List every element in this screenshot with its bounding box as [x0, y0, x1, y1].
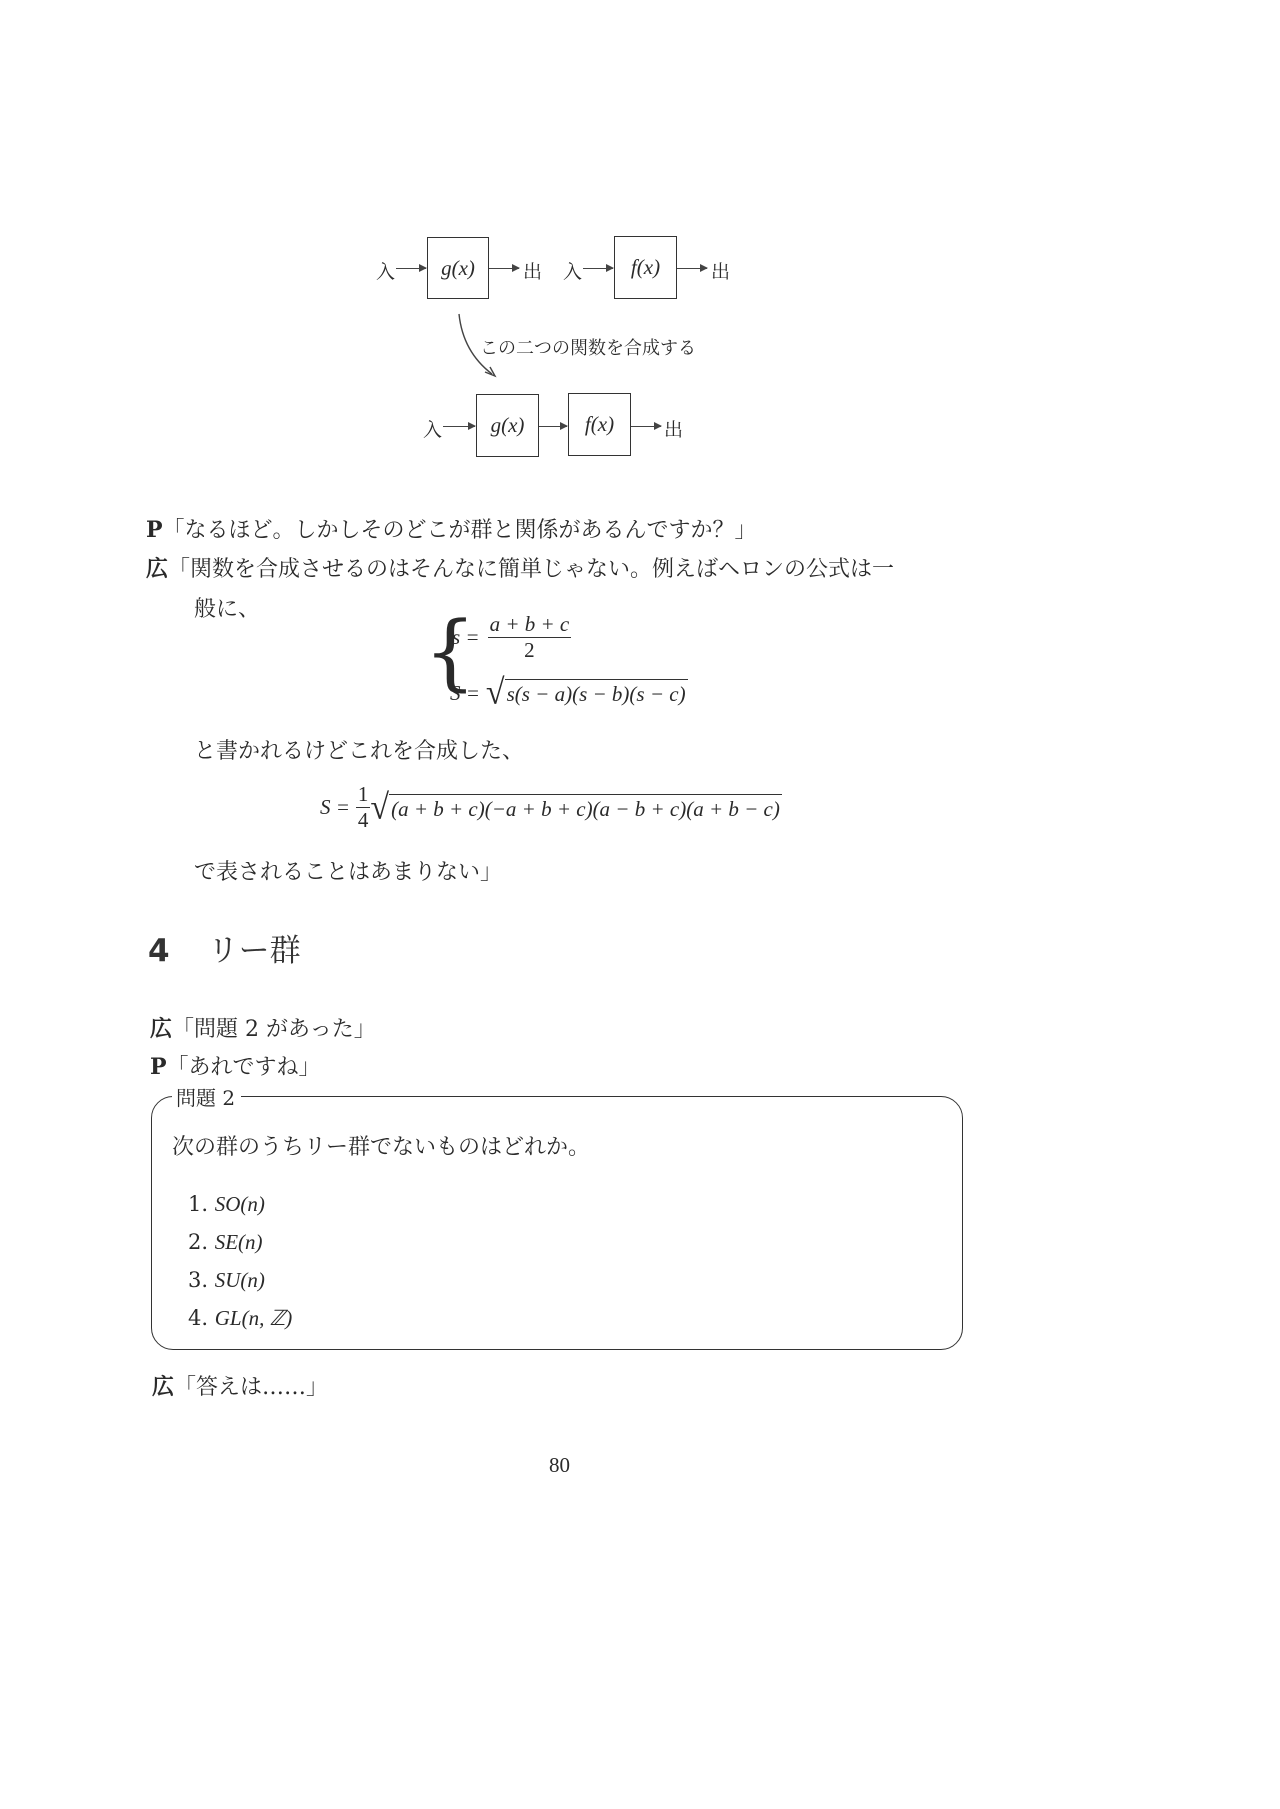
sqrt-icon: √ — [486, 673, 505, 713]
speaker-label: P — [146, 517, 163, 543]
output-label: 出 — [711, 257, 730, 284]
option-item: 3. SU(n) — [188, 1268, 265, 1293]
function-box-f: f(x) — [614, 236, 677, 299]
problem-title: 問題 2 — [172, 1082, 241, 1111]
dialogue-text: 「関数を合成させるのはそんなに簡単じゃない。例えばヘロンの公式は一 — [168, 557, 894, 582]
function-box-g: g(x) — [427, 237, 489, 299]
section-number: 4 — [148, 933, 170, 969]
input-label: 入 — [423, 415, 442, 442]
option-expression: GL(n, ℤ) — [215, 1306, 292, 1330]
option-expression: SU(n) — [215, 1268, 265, 1292]
speaker-label: 広 — [146, 556, 168, 582]
dialogue-line: 広「関数を合成させるのはそんなに簡単じゃない。例えばヘロンの公式は一 — [146, 552, 894, 583]
output-label: 出 — [523, 257, 542, 284]
eq2-radicand: s(s − a)(s − b)(s − c) — [505, 679, 688, 707]
eq1-denominator: 2 — [524, 638, 535, 663]
arrow-icon — [677, 268, 707, 269]
speaker-label: 広 — [150, 1016, 172, 1042]
output-label: 出 — [664, 415, 683, 442]
eq2-lhs: S = — [450, 681, 480, 706]
dialogue-text: 「あれですね」 — [167, 1055, 321, 1080]
lhs: S = — [320, 795, 350, 820]
arrow-icon — [583, 268, 613, 269]
dialogue-text: 「なるほど。しかしそのどこが群と関係があるんですか？」 — [163, 518, 757, 543]
dialogue-text: 「答えは……」 — [174, 1375, 328, 1400]
dialogue-line: 広「答えは……」 — [152, 1370, 328, 1401]
heron-composed-equation: S = 1 4 √(a + b + c)(−a + b + c)(a − b +… — [320, 782, 782, 833]
input-label: 入 — [563, 257, 582, 284]
frac-denominator: 4 — [358, 808, 369, 833]
radicand: (a + b + c)(−a + b + c)(a − b + c)(a + b… — [389, 794, 782, 822]
arrow-icon — [396, 268, 426, 269]
option-number: 3. — [188, 1268, 208, 1292]
section-heading: 4リー群 — [148, 925, 301, 970]
eq1-lhs: s = — [452, 625, 480, 650]
speaker-label: P — [150, 1054, 167, 1080]
compose-caption: この二つの関数を合成する — [480, 334, 696, 360]
sqrt-icon: √ — [370, 788, 389, 828]
arrow-icon — [631, 426, 661, 427]
dialogue-line: P「あれですね」 — [150, 1050, 321, 1081]
option-number: 4. — [188, 1306, 208, 1330]
option-expression: SE(n) — [215, 1230, 263, 1254]
frac-numerator: 1 — [356, 782, 371, 808]
option-number: 2. — [188, 1230, 208, 1254]
paragraph: と書かれるけどこれを合成した、 — [194, 734, 524, 765]
paragraph: で表されることはあまりない」 — [194, 855, 502, 886]
page-number: 80 — [549, 1453, 570, 1478]
dialogue-continuation: 般に、 — [194, 592, 260, 623]
dialogue-line: P「なるほど。しかしそのどこが群と関係があるんですか？」 — [146, 513, 757, 544]
arrow-icon — [539, 426, 567, 427]
option-number: 1. — [188, 1192, 208, 1216]
arrow-icon — [489, 268, 519, 269]
eq1-numerator: a + b + c — [488, 612, 572, 638]
dialogue-text: 「問題 2 があった」 — [172, 1017, 376, 1042]
dialogue-line: 広「問題 2 があった」 — [150, 1012, 376, 1043]
section-title: リー群 — [208, 933, 301, 969]
input-label: 入 — [376, 257, 395, 284]
function-box-f: f(x) — [568, 393, 631, 456]
option-item: 4. GL(n, ℤ) — [188, 1306, 292, 1331]
option-item: 2. SE(n) — [188, 1230, 263, 1255]
arrow-icon — [443, 426, 475, 427]
function-box-g: g(x) — [476, 394, 539, 457]
option-item: 1. SO(n) — [188, 1192, 265, 1217]
problem-question: 次の群のうちリー群でないものはどれか。 — [172, 1130, 590, 1161]
speaker-label: 広 — [152, 1374, 174, 1400]
option-expression: SO(n) — [215, 1192, 265, 1216]
